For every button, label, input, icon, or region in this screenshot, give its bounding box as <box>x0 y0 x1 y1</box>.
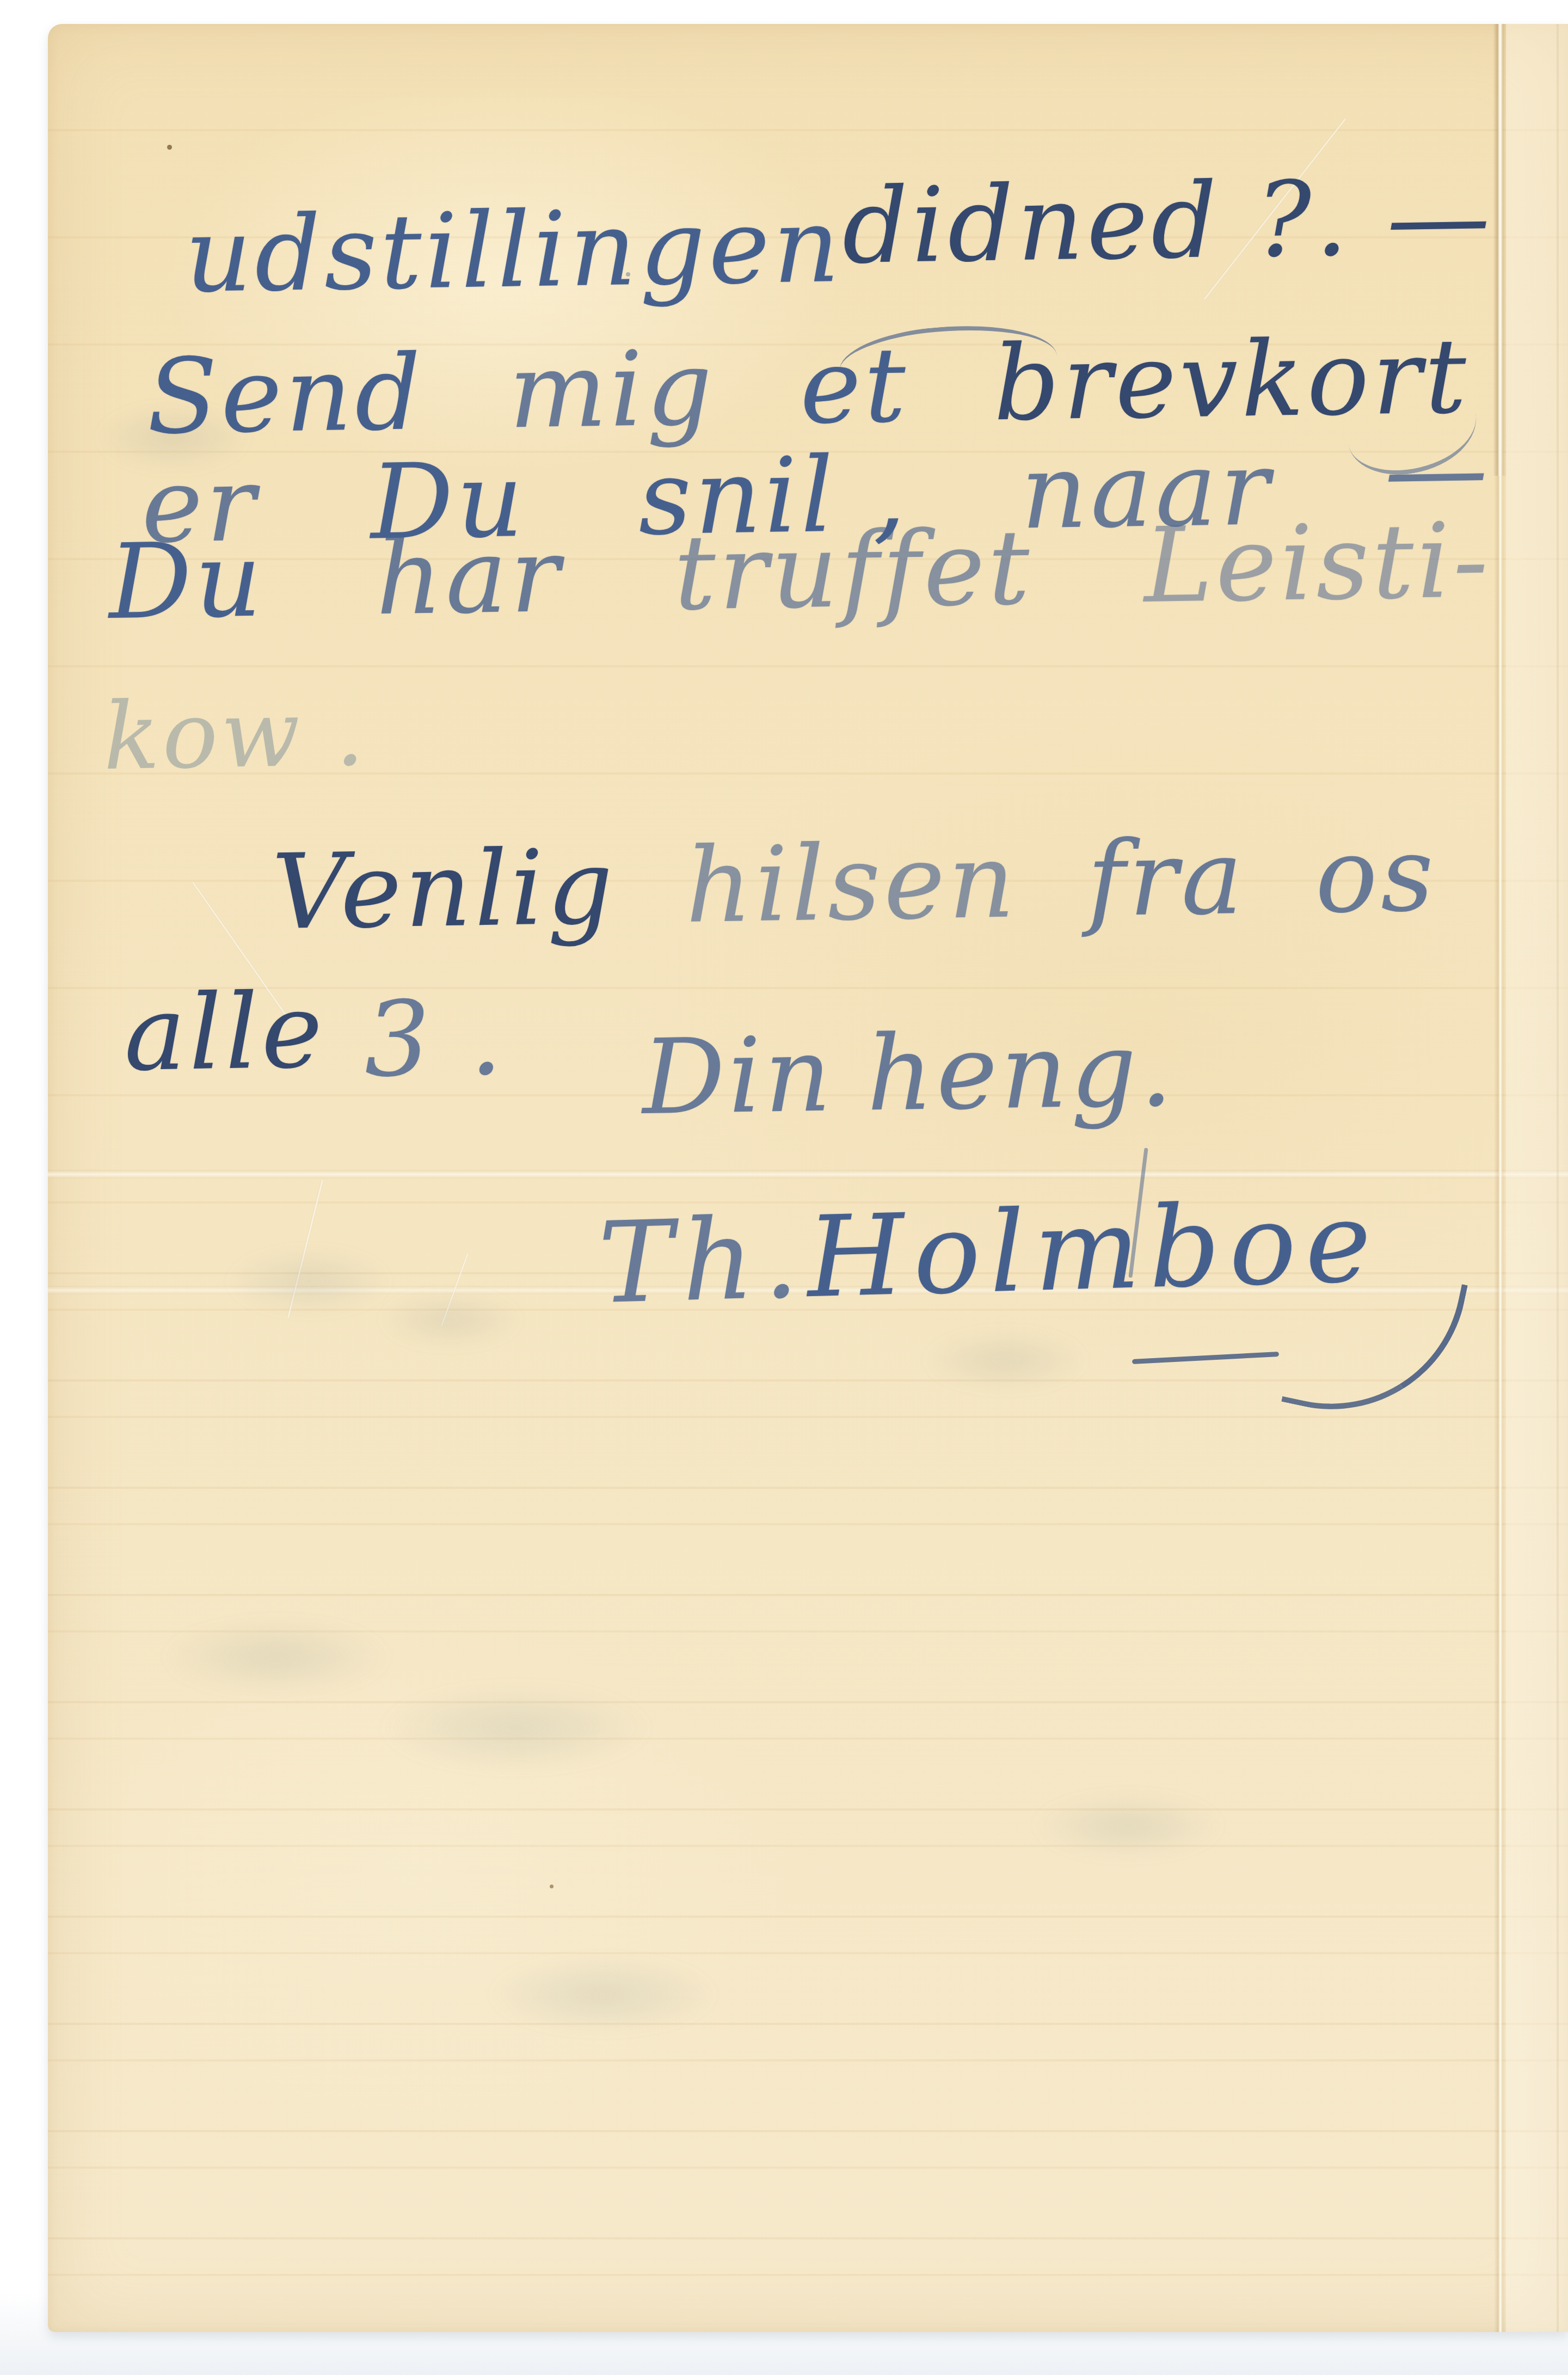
word: Venlig <box>271 833 617 947</box>
word: et <box>799 331 909 441</box>
signature-line: Th. Holmboe <box>597 1186 1308 1323</box>
word: udstillingen <box>184 191 843 310</box>
word: truffet <box>673 513 1034 628</box>
word: kow . <box>103 684 368 785</box>
letter-line-1: udstillingen didned ?. — <box>184 182 1383 310</box>
handwriting-layer: udstillingen didned ?. — Send mig et bre… <box>48 24 1568 2332</box>
word: 3 . <box>364 984 506 1095</box>
word: fra <box>1086 823 1247 934</box>
word: mig <box>508 334 716 446</box>
scanned-letter-image: { "document": { "kind": "handwritten let… <box>0 0 1568 2375</box>
word: heng. <box>866 1015 1177 1128</box>
letter-paper: udstillingen didned ?. — Send mig et bre… <box>48 24 1568 2332</box>
letter-line-8-valediction: Din heng. <box>641 1015 1176 1132</box>
letter-line-2: Send mig et brevkort <box>146 322 1470 452</box>
letter-line-4: Du har truffet Leisti- <box>108 506 1492 636</box>
word: Din <box>641 1020 835 1132</box>
signature-underline-dash <box>1132 1352 1279 1364</box>
word: Send <box>146 339 425 451</box>
letter-line-6-closing: Venlig hilsen fra os <box>271 820 1437 947</box>
word: Th. <box>597 1200 809 1323</box>
word: Du <box>108 526 265 637</box>
letter-line-7: alle 3 . <box>123 974 506 1088</box>
word: hilsen <box>685 826 1018 940</box>
word: har <box>375 521 564 633</box>
word: alle <box>123 977 326 1088</box>
letter-line-5: kow . <box>103 685 349 786</box>
signature-name: Holmboe <box>805 1184 1382 1317</box>
word: Leisti- <box>1143 506 1492 620</box>
word: didned ?. — <box>841 162 1494 281</box>
word: os <box>1314 820 1437 930</box>
